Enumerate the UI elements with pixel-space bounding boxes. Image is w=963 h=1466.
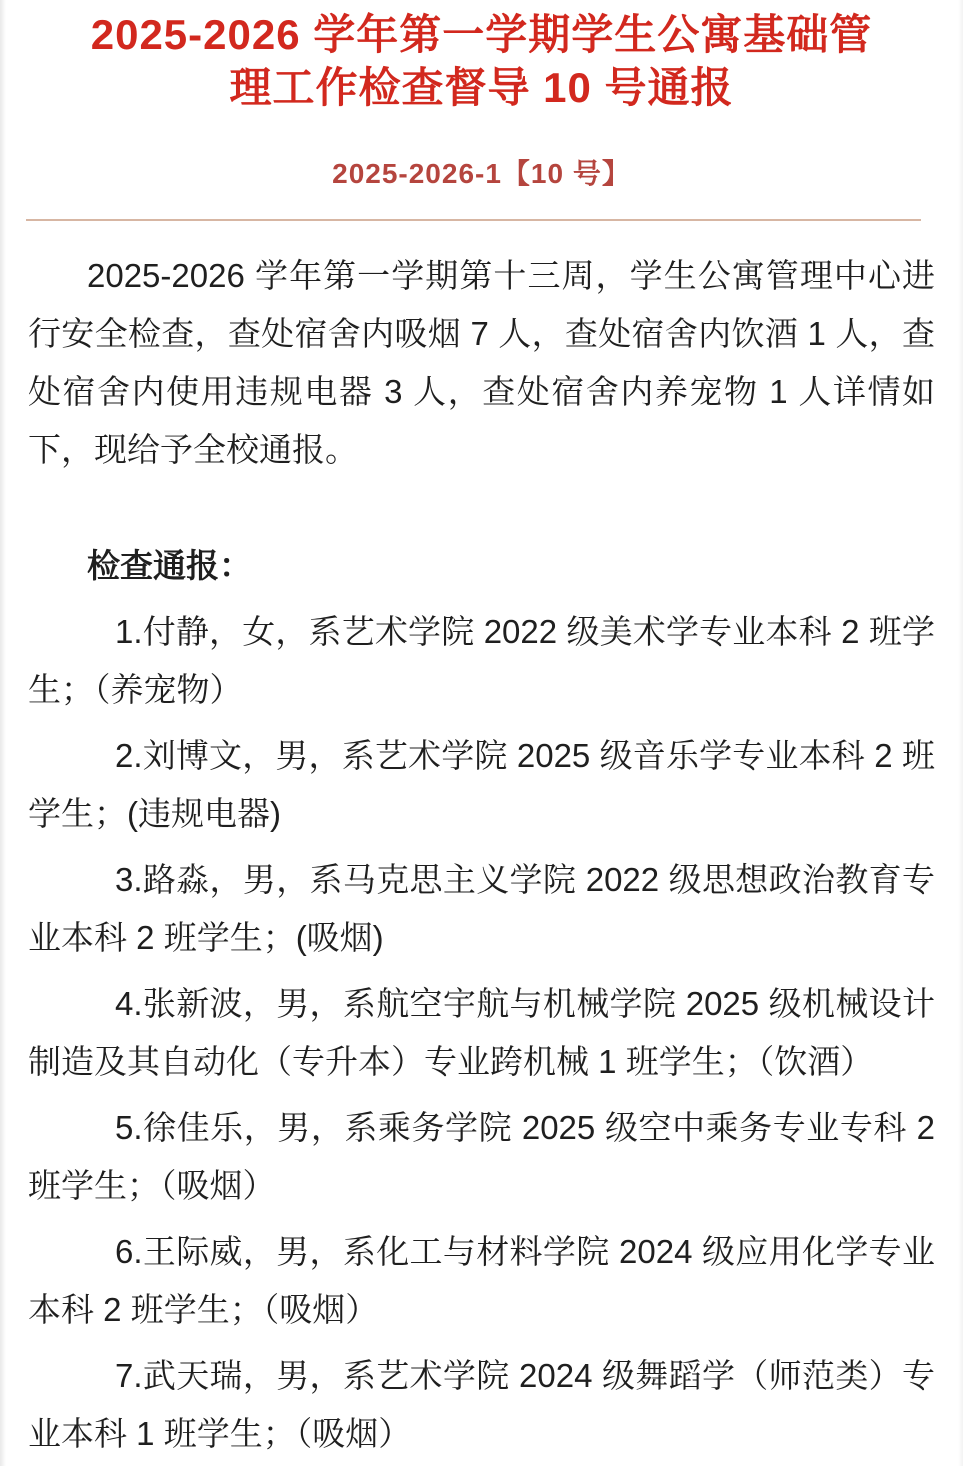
notice-title-line-2: 理工作检查督导 10 号通报 [20, 61, 943, 114]
notice-issue-number: 2025-2026-1【10 号】 [0, 152, 963, 192]
violation-item-1: 1.付静，女，系艺术学院 2022 级美术学专业本科 2 班学生；（养宠物） [28, 603, 935, 719]
header-divider [26, 219, 921, 221]
violation-item-5: 5.徐佳乐，男，系乘务学院 2025 级空中乘务专业专科 2 班学生；（吸烟） [28, 1099, 935, 1215]
notice-document: 2025-2026 学年第一学期学生公寓基础管 理工作检查督导 10 号通报 2… [0, 0, 963, 1466]
violation-item-4: 4.张新波，男，系航空宇航与机械学院 2025 级机械设计制造及其自动化（专升本… [28, 975, 935, 1091]
section-header-inspection-report: 检查通报： [28, 537, 935, 595]
scan-edge-shadow-left [0, 0, 6, 1466]
scan-edge-shadow-right [958, 0, 963, 1466]
violation-item-7: 7.武天瑞，男，系艺术学院 2024 级舞蹈学（师范类）专业本科 1 班学生；（… [28, 1347, 935, 1463]
notice-title-line-1: 2025-2026 学年第一学期学生公寓基础管 [20, 8, 943, 61]
violation-item-6: 6.王际威，男，系化工与材料学院 2024 级应用化学专业本科 2 班学生；（吸… [28, 1223, 935, 1339]
violation-item-3: 3.路淼，男，系马克思主义学院 2022 级思想政治教育专业本科 2 班学生；(… [28, 851, 935, 967]
intro-paragraph: 2025-2026 学年第一学期第十三周，学生公寓管理中心进行安全检查，查处宿舍… [28, 247, 935, 479]
notice-title: 2025-2026 学年第一学期学生公寓基础管 理工作检查督导 10 号通报 [20, 8, 943, 114]
violation-item-2: 2.刘博文，男，系艺术学院 2025 级音乐学专业本科 2 班学生；(违规电器) [28, 727, 935, 843]
